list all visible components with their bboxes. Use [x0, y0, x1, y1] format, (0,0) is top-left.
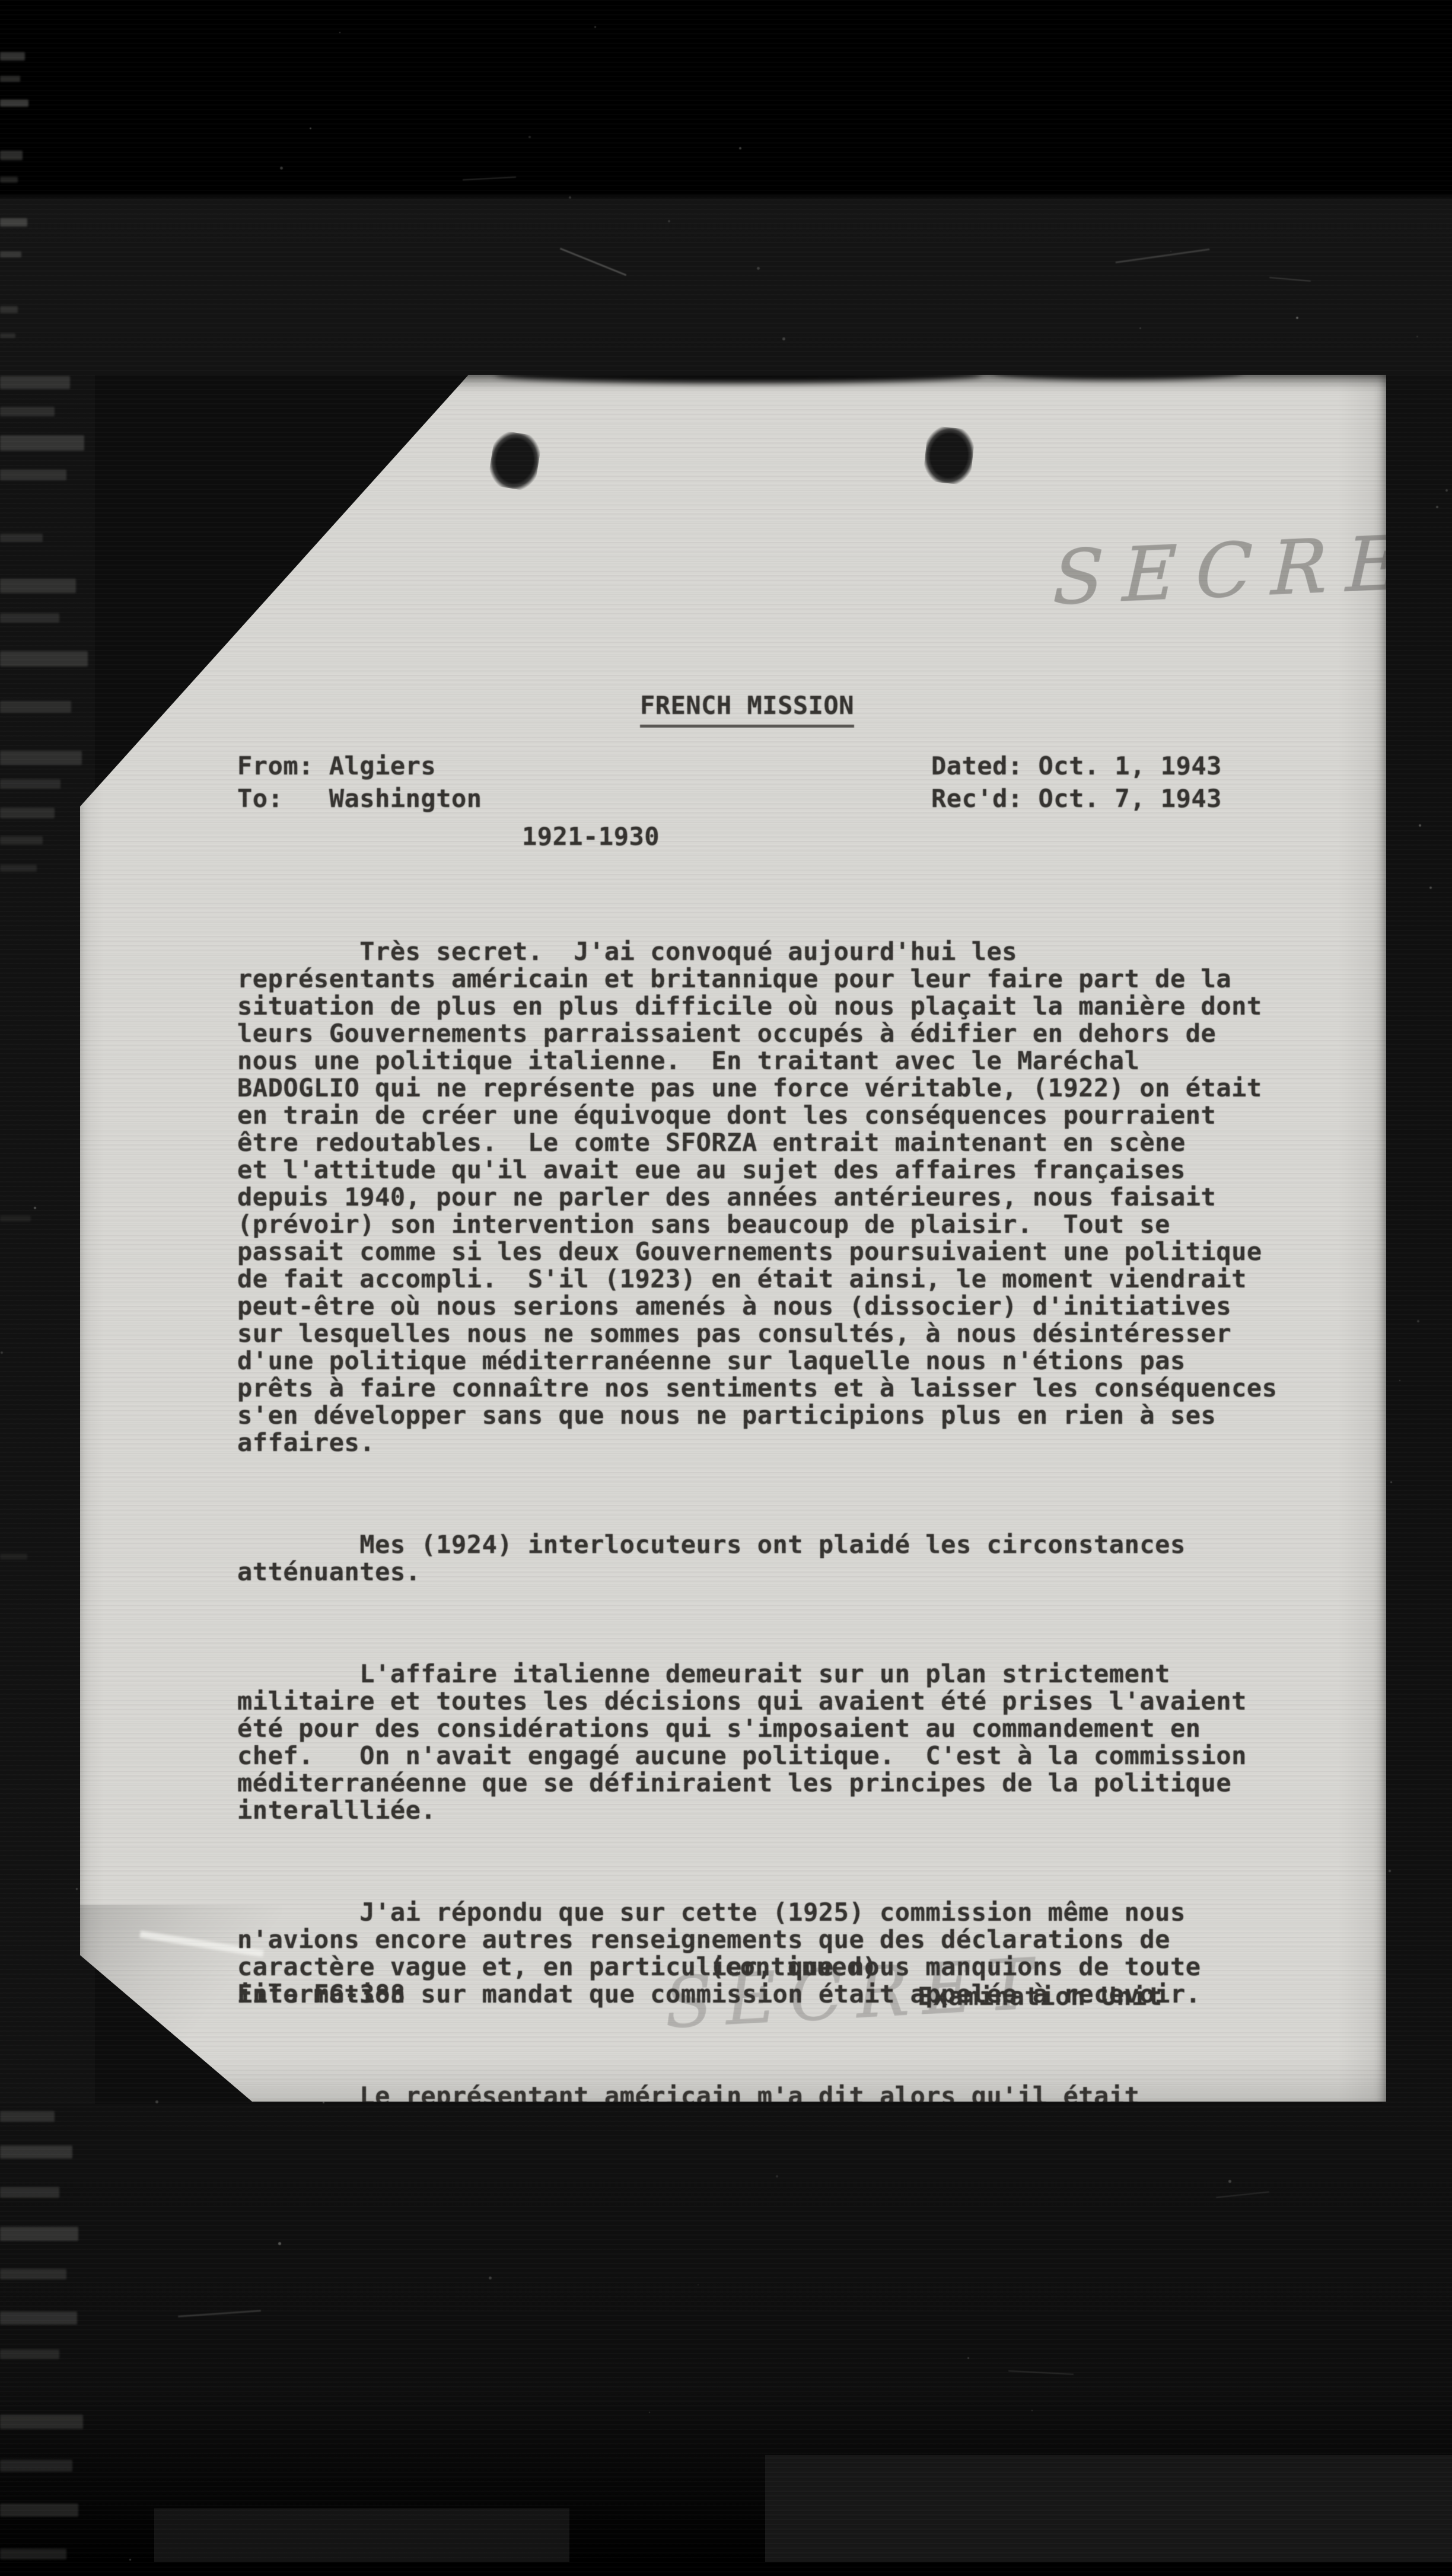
- film-streak: [0, 1216, 31, 1222]
- film-streak: [0, 779, 60, 789]
- film-speck: [323, 2102, 324, 2103]
- film-streak: [0, 2549, 66, 2559]
- film-streak: [0, 2111, 55, 2122]
- film-streak: [0, 2227, 78, 2241]
- film-streak: [0, 333, 15, 338]
- film-speck: [489, 2277, 492, 2279]
- film-streak: [0, 865, 37, 872]
- header-dates: Dated: Oct. 1, 1943Rec'd: Oct. 7, 1943: [931, 750, 1222, 815]
- film-streak: [0, 100, 28, 107]
- film-streak: [0, 534, 43, 542]
- film-streak: [0, 218, 27, 227]
- film-speck: [1429, 887, 1432, 889]
- document-page: SECRET SECRET FRENCH MISSION From: Algie…: [80, 375, 1386, 2102]
- film-streak: [0, 251, 21, 257]
- film-streak: [0, 2145, 72, 2159]
- dated-line: Dated: Oct. 1, 1943: [931, 751, 1222, 780]
- film-speck: [76, 1888, 78, 1890]
- film-speck: [155, 2100, 158, 2103]
- film-streak: [0, 2312, 77, 2325]
- microfilm-scan-frame: SECRET SECRET FRENCH MISSION From: Algie…: [0, 0, 1452, 2576]
- film-streak: [0, 2415, 83, 2429]
- film-streak: [0, 407, 55, 416]
- film-streak: [0, 435, 84, 451]
- film-margin-right: [1382, 375, 1452, 2106]
- document-title: FRENCH MISSION: [640, 692, 854, 728]
- film-speck: [1417, 1320, 1419, 1322]
- film-streak: [0, 836, 43, 844]
- received-line: Rec'd: Oct. 7, 1943: [931, 784, 1222, 813]
- film-artifact-block: [765, 2455, 1452, 2562]
- film-streak: [0, 2504, 78, 2517]
- examination-unit-label: Examination Unit: [918, 1983, 1163, 2010]
- header-from-to: From: AlgiersTo: Washington: [237, 750, 482, 815]
- film-streak: [0, 376, 70, 389]
- film-speck: [1436, 506, 1438, 508]
- film-margin-top: [0, 0, 1452, 375]
- file-number: File FG-388: [237, 1981, 406, 2008]
- film-streak: [0, 701, 71, 713]
- film-streak: [0, 808, 55, 818]
- film-speck: [1228, 2180, 1231, 2183]
- film-speck: [782, 337, 785, 340]
- film-streak: [0, 613, 59, 623]
- film-streak: [0, 76, 20, 82]
- film-speck: [280, 167, 283, 170]
- film-speck: [757, 267, 760, 270]
- film-streak: [0, 52, 25, 60]
- film-speck: [1389, 1870, 1391, 1872]
- continued-note: (continued): [709, 1953, 878, 1981]
- film-streak: [0, 579, 76, 593]
- film-streak: [0, 151, 23, 160]
- film-streak: [0, 2269, 66, 2279]
- film-streak: [0, 177, 18, 183]
- film-speck: [739, 147, 741, 149]
- film-speck: [1296, 317, 1298, 319]
- body-paragraph: L'affaire italienne demeurait sur un pla…: [237, 1660, 1277, 1824]
- film-streak: [0, 1554, 27, 1560]
- film-speck: [34, 1207, 36, 1209]
- film-artifact-block: [154, 2508, 569, 2562]
- typewritten-content: FRENCH MISSION From: AlgiersTo: Washingt…: [80, 375, 1386, 2102]
- film-streak: [0, 651, 88, 667]
- film-streak: [0, 470, 66, 480]
- message-body: Très secret. J'ai convoqué aujourd'hui l…: [237, 884, 1277, 2294]
- from-line: From: Algiers: [237, 751, 436, 780]
- film-streak: [0, 2460, 72, 2472]
- film-speck: [528, 136, 531, 138]
- serial-range: 1921-1930: [522, 823, 660, 850]
- film-streak: [0, 306, 18, 313]
- film-streak: [0, 751, 82, 765]
- body-paragraph: Mes (1924) interlocuteurs ont plaidé les…: [237, 1531, 1277, 1586]
- film-speck: [278, 2242, 281, 2245]
- film-streak: [0, 2349, 59, 2359]
- film-streak: [0, 2187, 59, 2198]
- to-line: To: Washington: [237, 784, 482, 813]
- film-speck: [569, 196, 571, 199]
- body-paragraph: Très secret. J'ai convoqué aujourd'hui l…: [237, 938, 1277, 1456]
